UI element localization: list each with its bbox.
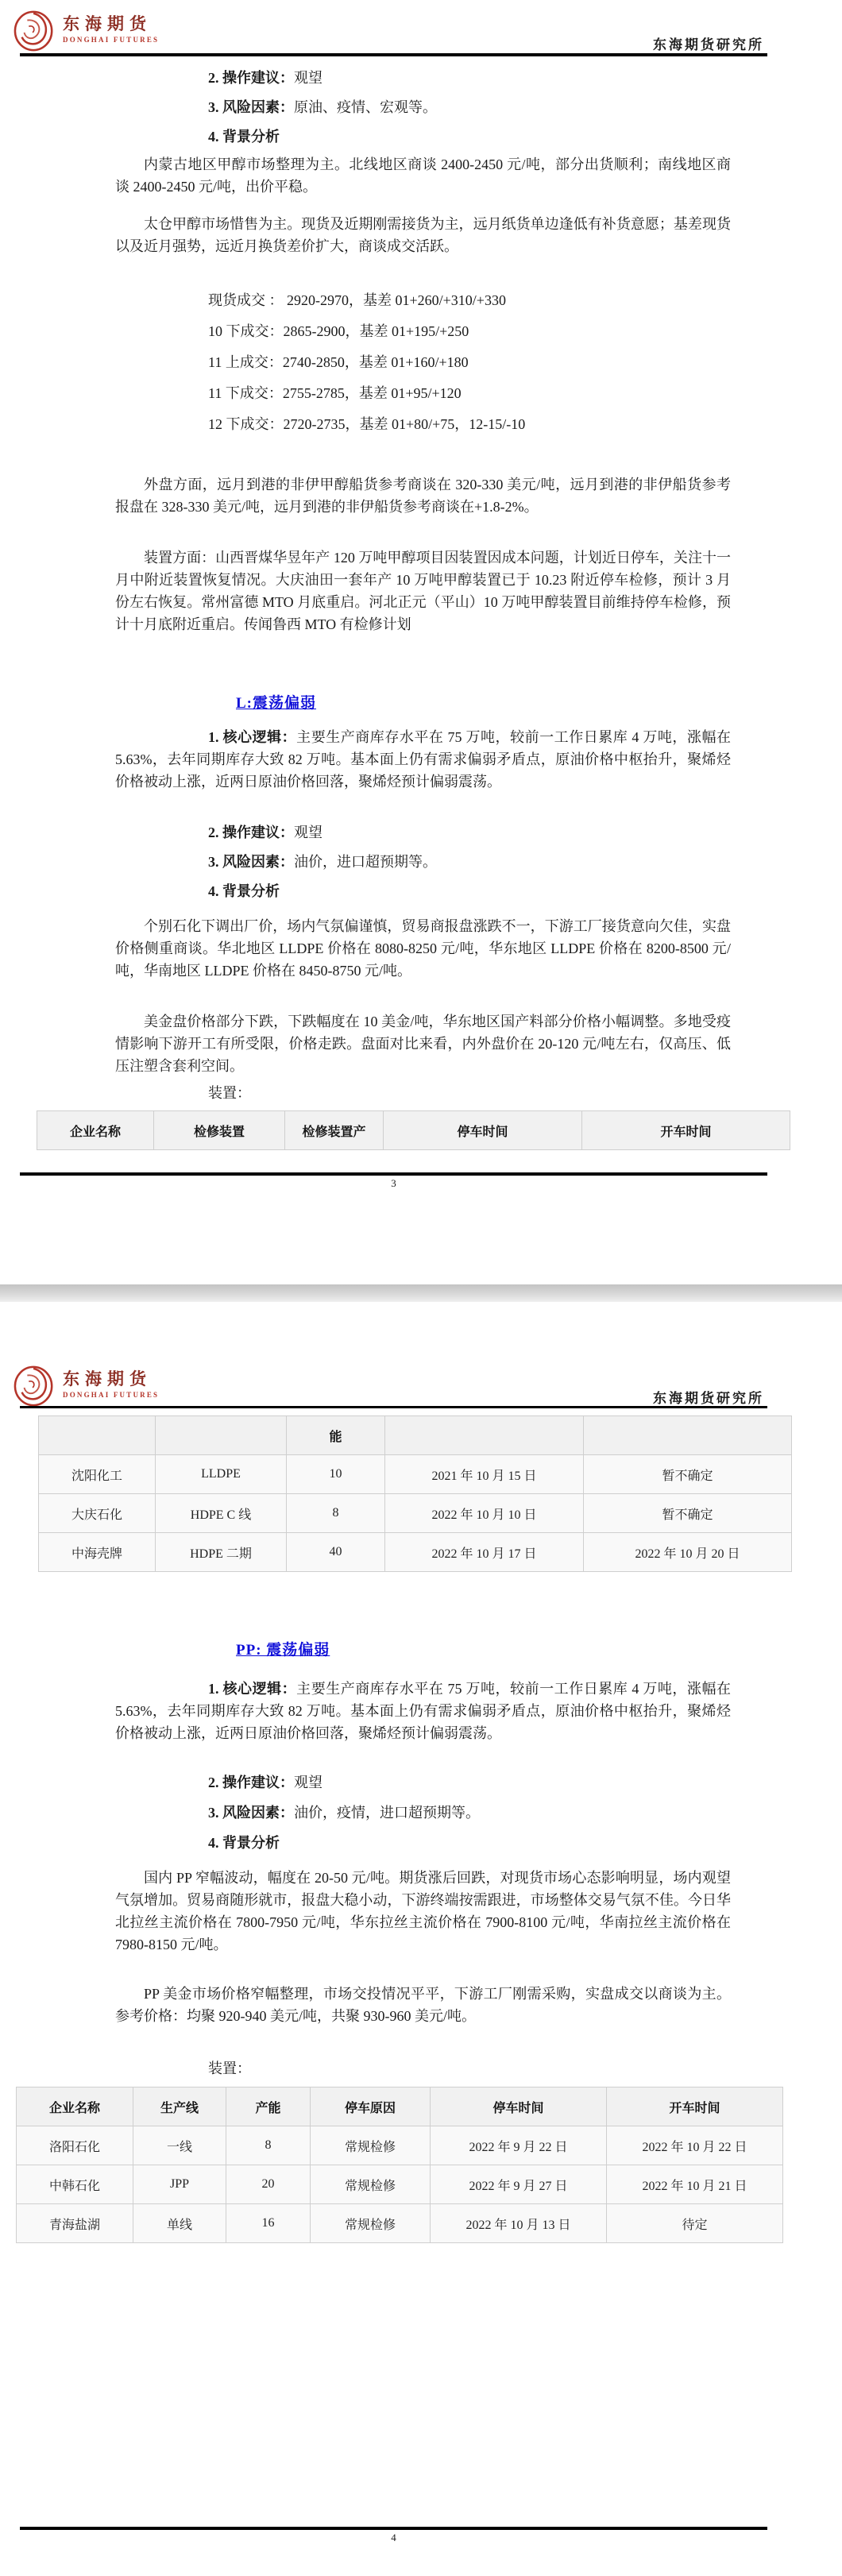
table-header-row: 能 <box>39 1416 792 1455</box>
deal-line: 10 下成交：2865-2900，基差 01+195/+250 <box>208 322 469 341</box>
institute-title: 东海期货研究所 <box>445 33 764 53</box>
table-row: 沈阳化工 LLDPE 10 2021 年 10 月 15 日 暂不确定 <box>39 1455 792 1494</box>
brand-name-cn: 东海期货 <box>63 1371 159 1388</box>
col-start-time: 开车时间 <box>607 2087 783 2126</box>
deal-line: 现货成交 ： 2920-2970，基差 01+260/+310/+330 <box>208 291 506 310</box>
pp-maintenance-table: 企业名称 生产线 产能 停车原因 停车时间 开车时间 洛阳石化 一线 8 常规检… <box>16 2087 782 2243</box>
l-background-heading: 4. 背景分析 <box>208 882 280 901</box>
pp-background-heading: 4. 背景分析 <box>208 1833 280 1852</box>
meoh-advice-item: 2. 操作建议：观望 <box>208 68 323 87</box>
col-stop-reason: 停车原因 <box>311 2087 431 2126</box>
paragraph-device: 装置方面：山西晋煤华昱年产 120 万吨甲醇项目因装置因成本问题，计划近日停车，… <box>115 546 731 635</box>
paragraph-waipan: 外盘方面，远月到港的非伊甲醇船货参考商谈在 320-330 美元/吨，远月到港的… <box>115 473 731 518</box>
table-row: 大庆石化 HDPE C 线 8 2022 年 10 月 10 日 暂不确定 <box>39 1494 792 1533</box>
l-paragraph-usd: 美金盘价格部分下跌，下跌幅度在 10 美金/吨，华东地区国产料部分价格小幅调整。… <box>115 1010 731 1077</box>
brand-logo: 东海期货 DONGHAI FUTURES <box>12 10 159 56</box>
table-row: 中韩石化 JPP 20 常规检修 2022 年 9 月 27 日 2022 年 … <box>17 2165 783 2204</box>
table-header-row: 企业名称 检修装置 检修装置产 停车时间 开车时间 <box>37 1111 790 1150</box>
paragraph-taicang: 太仓甲醇市场惜售为主。现货及近期刚需接货为主，远月纸货单边逢低有补货意愿；基差现… <box>115 213 731 257</box>
institute-title: 东海期货研究所 <box>445 1387 764 1407</box>
page-separator <box>0 1284 842 1302</box>
col-unit: 检修装置 <box>154 1111 285 1150</box>
pp-paragraph-domestic: 国内 PP 窄幅波动，幅度在 20-50 元/吨。期货涨后回跌，对现货市场心态影… <box>115 1867 731 1956</box>
col-capacity-continued: 能 <box>287 1416 385 1455</box>
advice-label: 2. 操作建议： <box>208 70 294 86</box>
core-label: 1. 核心逻辑： <box>208 729 296 745</box>
pp-paragraph-usd: PP 美金市场价格窄幅整理，市场交投情况平平，下游工厂刚需采购，实盘成交以商谈为… <box>115 1983 731 2027</box>
table-row: 洛阳石化 一线 8 常规检修 2022 年 9 月 22 日 2022 年 10… <box>17 2126 783 2165</box>
report-document: 东海期货 DONGHAI FUTURES 东海期货研究所 2. 操作建议：观望 … <box>0 0 842 2576</box>
brand-name-cn: 东海期货 <box>63 16 159 33</box>
deal-line: 12 下成交：2720-2735，基差 01+80/+75，12-15/-10 <box>208 415 525 434</box>
brand-name-en: DONGHAI FUTURES <box>63 37 159 44</box>
deal-line: 11 上成交：2740-2850，基差 01+160/+180 <box>208 353 469 372</box>
donghai-emblem-icon <box>12 1365 58 1412</box>
brand-logo: 东海期货 DONGHAI FUTURES <box>12 1365 159 1412</box>
footer-rule <box>20 2527 767 2530</box>
meoh-background-heading: 4. 背景分析 <box>208 127 280 146</box>
col-stop-time: 停车时间 <box>384 1111 582 1150</box>
section-heading-l: L:震荡偏弱 <box>236 691 316 713</box>
advice-value: 观望 <box>294 70 323 86</box>
risk-label: 3. 风险因素： <box>208 99 294 115</box>
pp-advice-item: 2. 操作建议：观望 <box>208 1773 323 1792</box>
l-advice-item: 2. 操作建议：观望 <box>208 823 323 842</box>
meoh-risk-item: 3. 风险因素：原油、疫情、宏观等。 <box>208 98 437 117</box>
paragraph-neimeng: 内蒙古地区甲醇市场整理为主。北线地区商谈 2400-2450 元/吨，部分出货顺… <box>115 153 731 198</box>
table-header-row: 企业名称 生产线 产能 停车原因 停车时间 开车时间 <box>17 2087 783 2126</box>
col-stop-time: 停车时间 <box>431 2087 607 2126</box>
risk-value: 原油、疫情、宏观等。 <box>294 99 437 115</box>
donghai-emblem-icon <box>12 10 58 56</box>
header-rule <box>20 53 767 56</box>
deal-line: 11 下成交：2755-2785，基差 01+95/+120 <box>208 384 462 403</box>
col-line: 生产线 <box>133 2087 226 2126</box>
col-capacity: 产能 <box>226 2087 311 2126</box>
col-company: 企业名称 <box>37 1111 154 1150</box>
l-device-label: 装置： <box>208 1082 251 1103</box>
footer-rule <box>20 1172 767 1176</box>
pp-device-label: 装置： <box>208 2057 251 2078</box>
table-row: 中海壳牌 HDPE 二期 40 2022 年 10 月 17 日 2022 年 … <box>39 1533 792 1572</box>
pp-risk-item: 3. 风险因素：油价，疫情，进口超预期等。 <box>208 1803 480 1822</box>
brand-name-en: DONGHAI FUTURES <box>63 1392 159 1399</box>
header-rule <box>20 1406 767 1408</box>
col-company: 企业名称 <box>17 2087 133 2126</box>
page-number: 3 <box>20 1177 767 1190</box>
l-paragraph-market: 个别石化下调出厂价，场内气氛偏谨慎，贸易商报盘涨跌不一，下游工厂接货意向欠佳，实… <box>115 915 731 982</box>
l-risk-item: 3. 风险因素：油价，进口超预期等。 <box>208 852 437 871</box>
col-start-time: 开车时间 <box>582 1111 790 1150</box>
l-maintenance-table-continued: 能 沈阳化工 LLDPE 10 2021 年 10 月 15 日 暂不确定 大庆… <box>38 1415 791 1572</box>
l-maintenance-table: 企业名称 检修装置 检修装置产 停车时间 开车时间 <box>37 1110 790 1150</box>
pp-core-logic: 1. 核心逻辑：主要生产商库存水平在 75 万吨，较前一工作日累库 4 万吨，涨… <box>115 1678 731 1744</box>
page-number: 4 <box>20 2532 767 2544</box>
section-heading-pp: PP: 震荡偏弱 <box>236 1638 330 1659</box>
l-core-logic: 1. 核心逻辑：主要生产商库存水平在 75 万吨，较前一工作日累库 4 万吨，涨… <box>115 726 731 793</box>
core-label: 1. 核心逻辑： <box>208 1681 296 1697</box>
table-row: 青海盐湖 单线 16 常规检修 2022 年 10 月 13 日 待定 <box>17 2204 783 2243</box>
col-capacity: 检修装置产 <box>285 1111 384 1150</box>
